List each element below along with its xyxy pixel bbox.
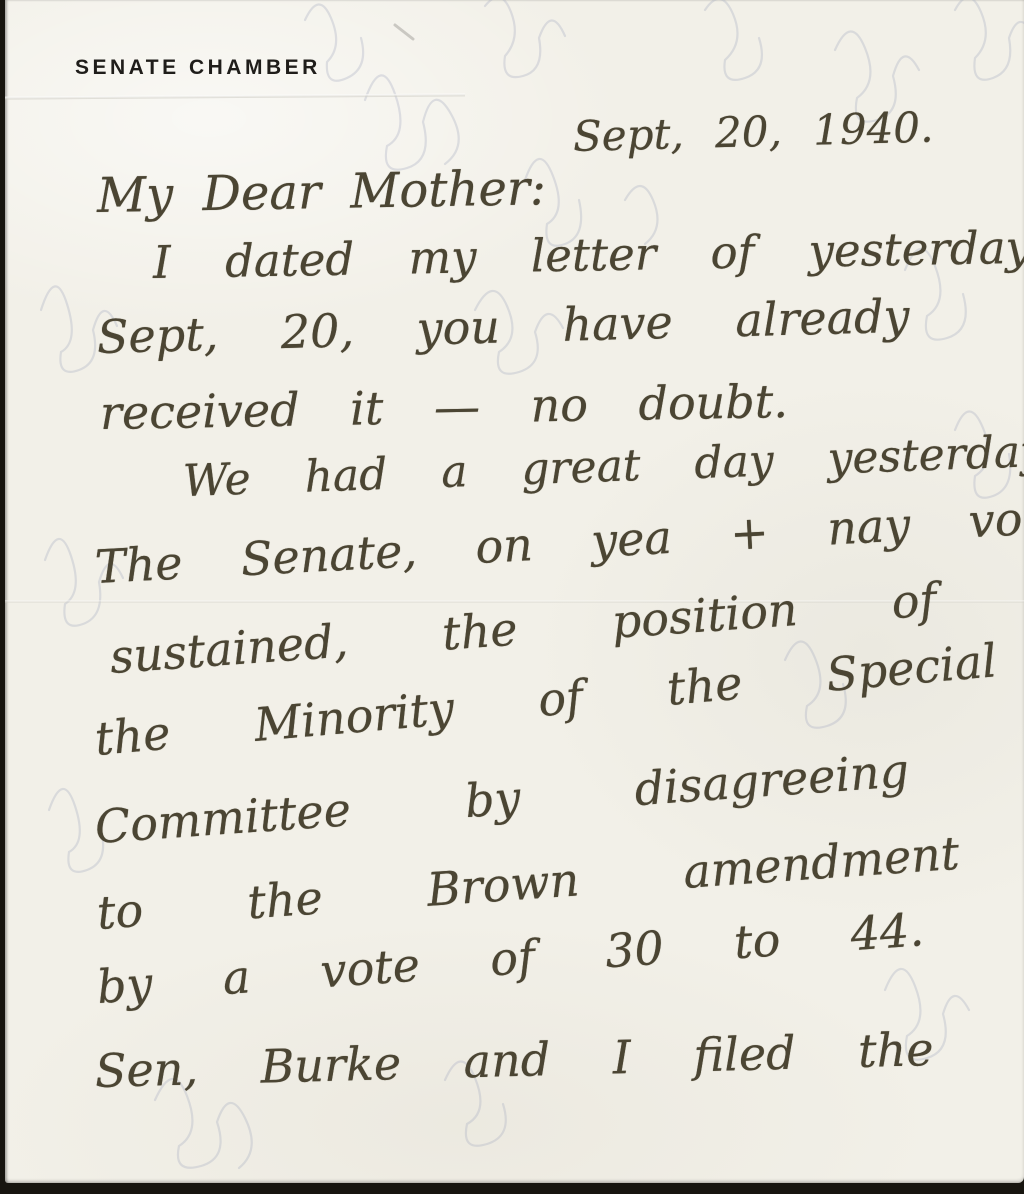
letter-paper: SENATE CHAMBER Sept, 20, 1940. My Dear M…	[5, 0, 1024, 1183]
letter-line: We had a great day yesterday.	[182, 430, 1024, 504]
paper-crease	[5, 93, 465, 99]
letter-line: Committee by disagreeing	[93, 747, 910, 850]
date-line: Sept, 20, 1940.	[572, 107, 933, 158]
letterhead-title: SENATE CHAMBER	[75, 56, 321, 80]
salutation-line: My Dear Mother:	[97, 164, 547, 220]
scanned-letter-page: { "letterhead": { "title": "SENATE CHAMB…	[0, 0, 1024, 1194]
letter-line: Sept, 20, you have already	[96, 293, 910, 360]
letter-line: I dated my letter of yesterday	[153, 225, 1024, 285]
letter-line: received it — no doubt.	[100, 378, 789, 436]
letter-line: Sen, Burke and I filed the	[94, 1026, 934, 1094]
